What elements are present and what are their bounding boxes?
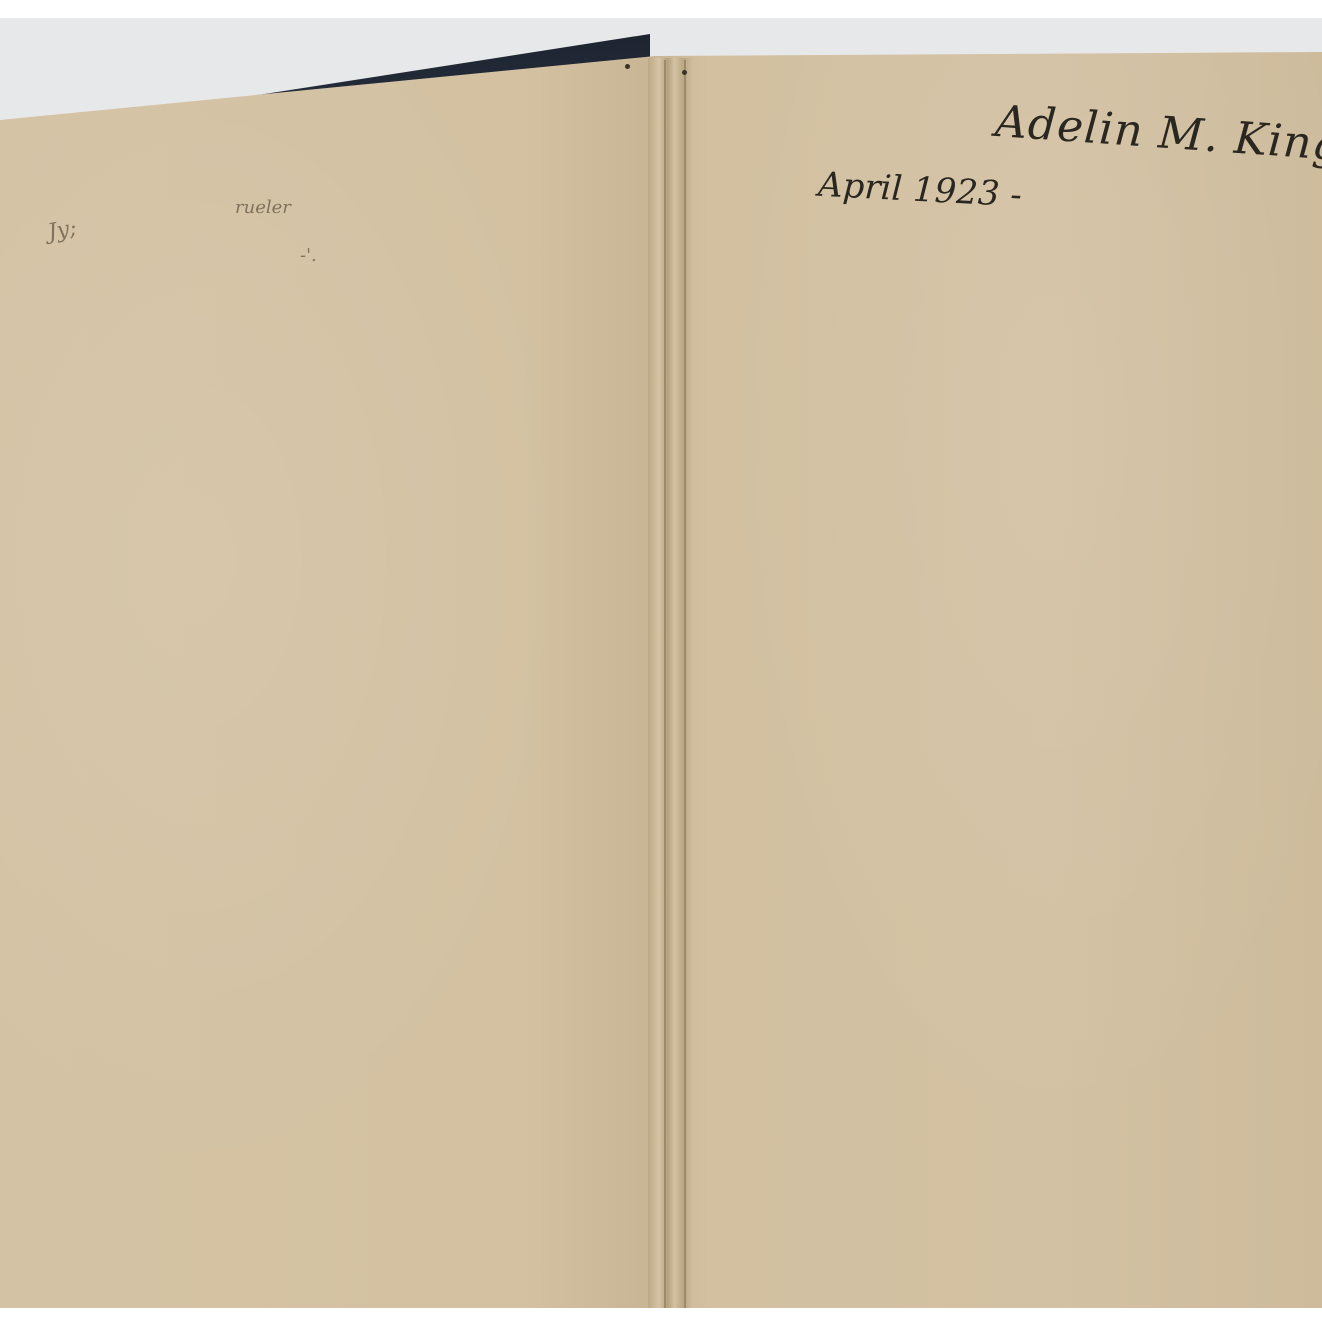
faint-pencil-mark: rueler xyxy=(235,197,291,218)
gutter-crease xyxy=(664,60,666,1308)
pin-hole xyxy=(625,64,630,69)
pin-hole xyxy=(682,70,687,75)
right-endpaper xyxy=(655,52,1322,1308)
faint-pencil-mark: Jy; xyxy=(46,216,79,246)
faint-pencil-mark: -'. xyxy=(300,245,317,266)
left-endpaper xyxy=(0,56,655,1308)
gutter-crease xyxy=(684,60,686,1308)
